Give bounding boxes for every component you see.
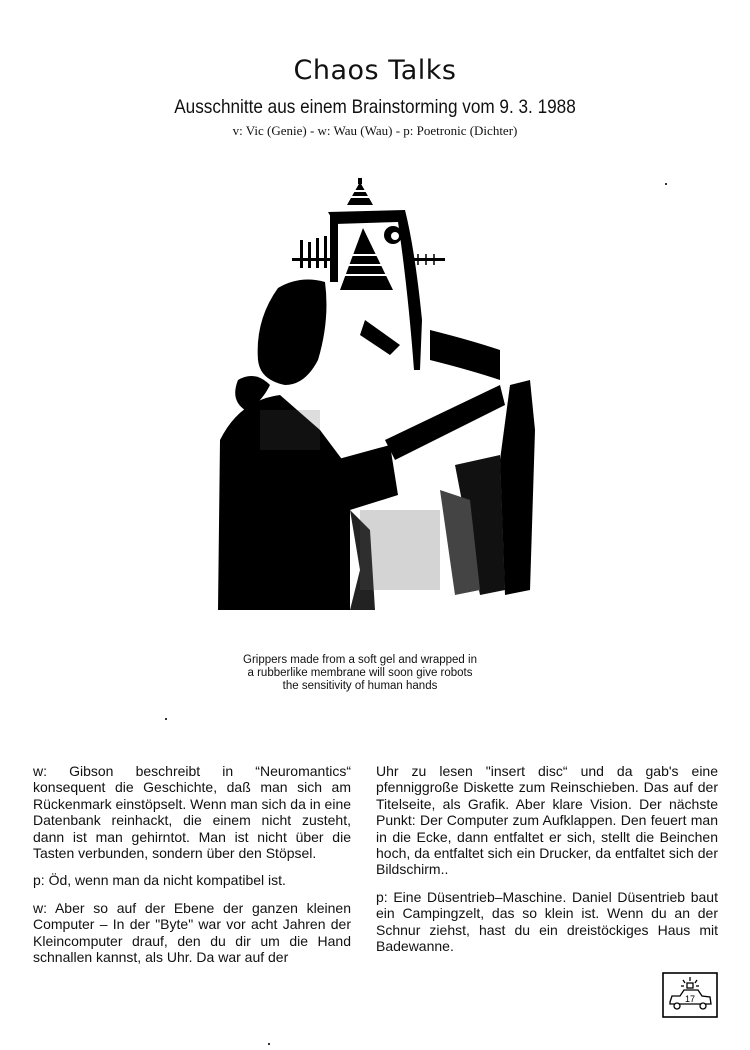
page-subtitle: Ausschnitte aus einem Brainstorming vom … — [45, 96, 705, 119]
paragraph: Uhr zu lesen "insert disc“ und da gab's … — [376, 763, 718, 878]
paragraph: p: Eine Düsentrieb–Maschine. Daniel Düse… — [376, 889, 718, 955]
scan-speck — [665, 183, 667, 185]
page-number: 17 — [685, 994, 695, 1004]
caption-line: Grippers made from a soft gel and wrappe… — [200, 654, 520, 667]
photo-caption: Grippers made from a soft gel and wrappe… — [200, 654, 520, 693]
left-column: w: Gibson beschreibt in “Neuromantics“ k… — [33, 763, 351, 976]
page-title: Chaos Talks — [0, 55, 750, 86]
right-column: Uhr zu lesen "insert disc“ und da gab's … — [376, 763, 718, 965]
scan-speck — [165, 718, 167, 720]
police-car-icon: 17 — [662, 972, 718, 1018]
paragraph: w: Gibson beschreibt in “Neuromantics“ k… — [33, 763, 351, 861]
caption-line: the sensitivity of human hands — [200, 680, 520, 693]
caption-line: a rubberlike membrane will soon give rob… — [200, 667, 520, 680]
paragraph: w: Aber so auf der Ebene der ganzen klei… — [33, 900, 351, 966]
paragraph: p: Öd, wenn man da nicht kompatibel ist. — [33, 872, 351, 888]
speaker-legend: v: Vic (Genie) - w: Wau (Wau) - p: Poetr… — [0, 123, 750, 139]
scan-speck — [268, 1043, 270, 1045]
robot-and-woman-photo — [200, 170, 540, 630]
